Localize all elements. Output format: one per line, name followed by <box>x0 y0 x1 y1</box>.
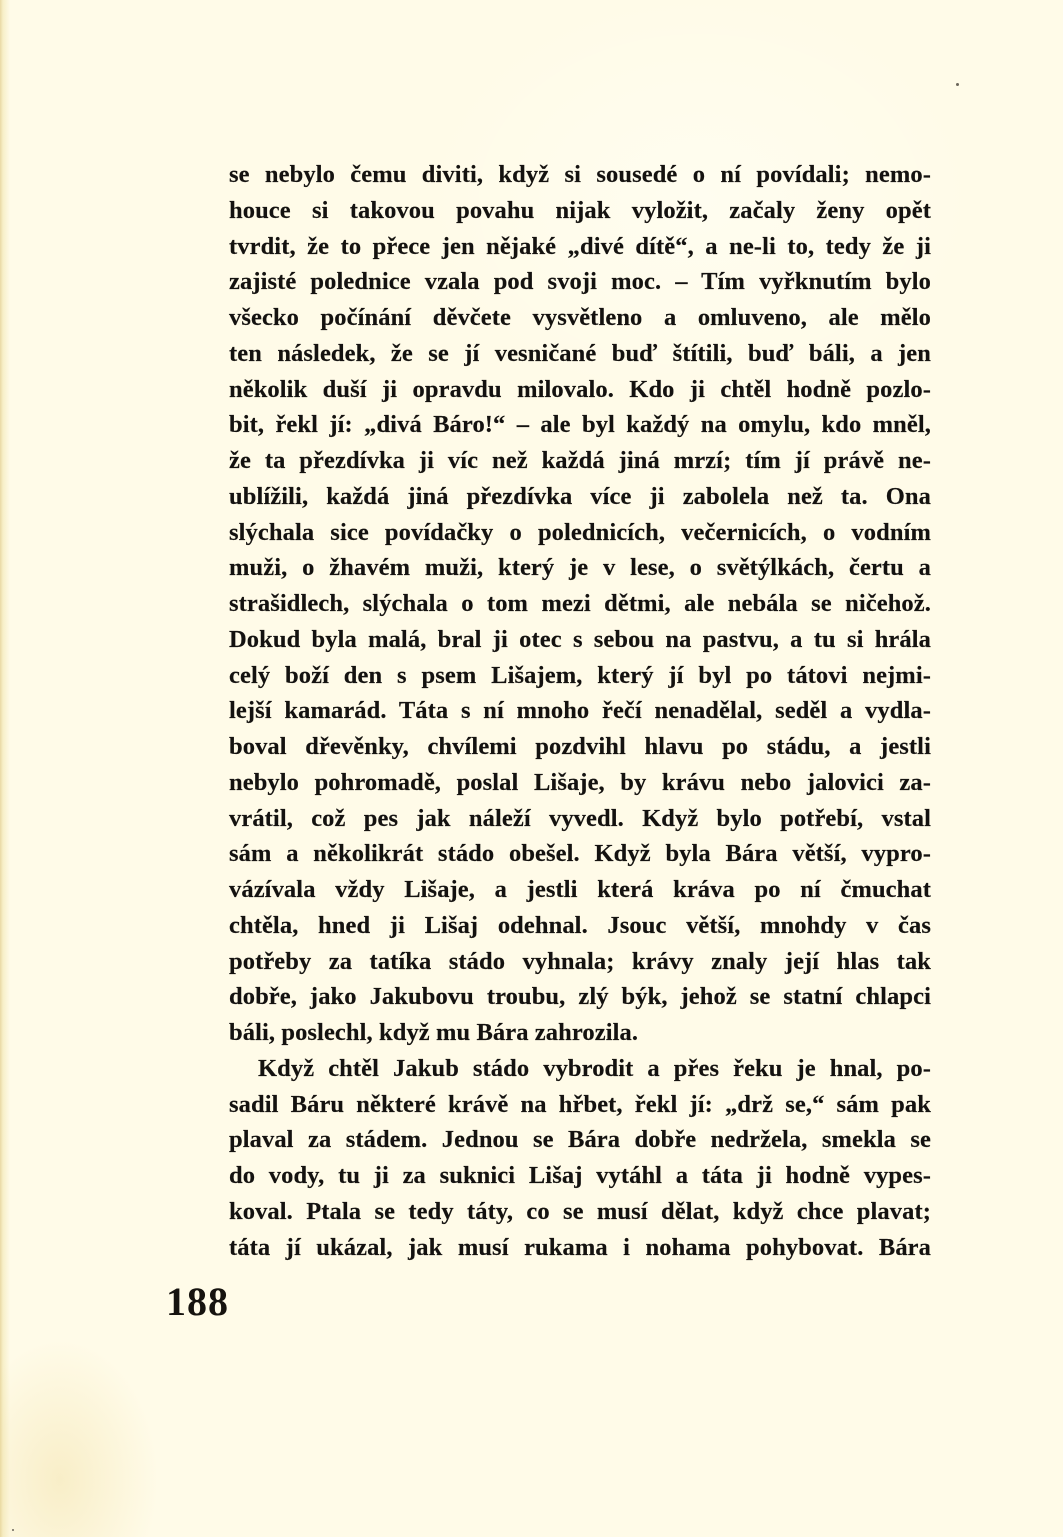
text-line: slýchala sice povídačky o polednicích, v… <box>229 515 931 551</box>
text-line: několik duší ji opravdu milovalo. Kdo ji… <box>229 372 931 408</box>
text-line: že ta přezdívka ji víc než každá jiná mr… <box>229 443 931 479</box>
text-line: tvrdit, že to přece jen nějaké „divé dít… <box>229 229 931 265</box>
text-line: táta jí ukázal, jak musí rukama i nohama… <box>229 1230 931 1266</box>
text-line: vrátil, což pes jak náleží vyvedl. Když … <box>229 801 931 837</box>
text-line: zajisté polednice vzala pod svoji moc. –… <box>229 264 931 300</box>
page-number: 188 <box>166 1278 229 1326</box>
text-line: sadil Báru některé krávě na hřbet, řekl … <box>229 1087 931 1123</box>
text-line: potřeby za tatíka stádo vyhnala; krávy z… <box>229 944 931 980</box>
scan-speck <box>12 1529 14 1531</box>
text-line: plaval za stádem. Jednou se Bára dobře n… <box>229 1122 931 1158</box>
text-line: ublížili, každá jiná přezdívka více ji z… <box>229 479 931 515</box>
text-line: houce si takovou povahu nijak vyložit, z… <box>229 193 931 229</box>
text-line: ten následek, že se jí vesničané buď ští… <box>229 336 931 372</box>
text-line: chtěla, hned ji Lišaj odehnal. Jsouc vět… <box>229 908 931 944</box>
paragraph-2: Když chtěl Jakub stádo vybrodit a přes ř… <box>229 1051 931 1266</box>
text-line: dobře, jako Jakubovu troubu, zlý býk, je… <box>229 979 931 1015</box>
body-text: se nebylo čemu diviti, když si sousedé o… <box>229 157 931 1265</box>
text-line: sám a několikrát stádo obešel. Když byla… <box>229 836 931 872</box>
text-line: Dokud byla malá, bral ji otec s sebou na… <box>229 622 931 658</box>
text-line: Když chtěl Jakub stádo vybrodit a přes ř… <box>229 1051 931 1087</box>
paragraph-1: se nebylo čemu diviti, když si sousedé o… <box>229 157 931 1051</box>
text-line: se nebylo čemu diviti, když si sousedé o… <box>229 157 931 193</box>
text-line: bit, řekl jí: „divá Báro!“ – ale byl kaž… <box>229 407 931 443</box>
scan-speck <box>956 83 959 86</box>
book-page: se nebylo čemu diviti, když si sousedé o… <box>0 0 1063 1537</box>
text-line: vázívala vždy Lišaje, a jestli která krá… <box>229 872 931 908</box>
text-line: do vody, tu ji za suknici Lišaj vytáhl a… <box>229 1158 931 1194</box>
text-line: strašidlech, slýchala o tom mezi dětmi, … <box>229 586 931 622</box>
text-line: koval. Ptala se tedy táty, co se musí dě… <box>229 1194 931 1230</box>
text-line: nebylo pohromadě, poslal Lišaje, by kráv… <box>229 765 931 801</box>
text-line: lejší kamarád. Táta s ní mnoho řečí nena… <box>229 693 931 729</box>
text-line: všecko počínání děvčete vysvětleno a oml… <box>229 300 931 336</box>
text-line: boval dřevěnky, chvílemi pozdvihl hlavu … <box>229 729 931 765</box>
text-line: báli, poslechl, když mu Bára zahrozila. <box>229 1015 931 1051</box>
text-line: celý boží den s psem Lišajem, který jí b… <box>229 658 931 694</box>
text-line: muži, o žhavém muži, který je v lese, o … <box>229 550 931 586</box>
